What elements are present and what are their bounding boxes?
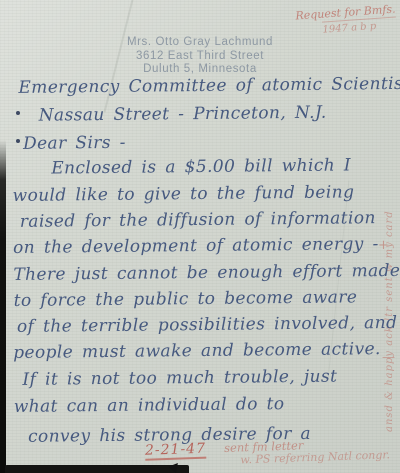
letter-body: Emergency Committee of atomic Scientists… (0, 0, 400, 473)
annotation-bottom-date: 2-21-47 (145, 441, 207, 461)
scan-edge-bottom (5, 465, 189, 473)
letter-line: Nassau Street - Princeton, N.J. (39, 103, 327, 126)
letter-line: Enclosed is a $5.00 bill which I (51, 155, 351, 178)
letter-line: to force the public to become aware (14, 287, 358, 311)
letter-line: If it is not too much trouble, just (22, 367, 337, 390)
letter-line: Emergency Committee of atomic Scientists (18, 74, 400, 98)
letter-line: of the terrible possibilities involved, … (17, 313, 398, 337)
margin-bullet-dot (16, 111, 20, 115)
scanned-letter: Mrs. Otto Gray Lachmund 3612 East Third … (0, 0, 400, 473)
letter-line: would like to give to the fund being (12, 182, 354, 206)
margin-bullet-dot (16, 139, 20, 143)
letter-line: what can an individual do to (14, 394, 285, 417)
letter-line: raised for the diffusion of information (20, 208, 376, 232)
letter-line: There just cannot be enough effort made (13, 261, 400, 285)
letter-line: Dear Sirs - (23, 133, 126, 154)
letter-line: people must awake and become active. (13, 339, 381, 363)
letter-line: on the development of atomic energy - (13, 234, 379, 258)
scan-edge-left (0, 140, 6, 473)
